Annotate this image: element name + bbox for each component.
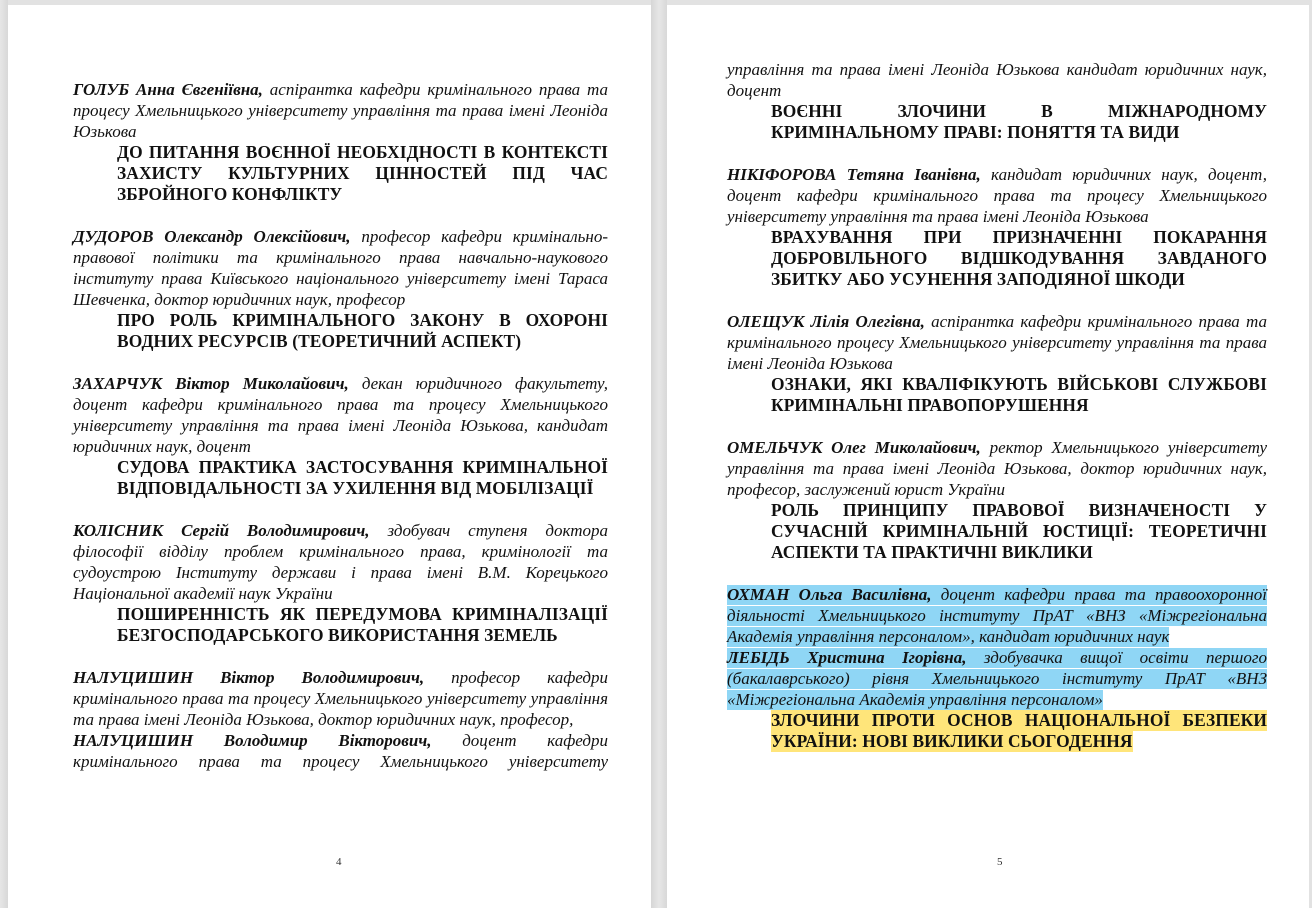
author-entry-lebid-highlighted: ЛЕБІДЬ Христина Ігорівна, здобувачка вищ… bbox=[727, 647, 1267, 710]
paper-title: РОЛЬ ПРИНЦИПУ ПРАВОВОЇ ВИЗНАЧЕНОСТІ У СУ… bbox=[771, 500, 1267, 563]
author-name: КОЛІСНИК Сергій Володимирович, bbox=[73, 521, 370, 540]
author-entry-oleshchuk: ОЛЕЩУК Лілія Олегівна, аспірантка кафедр… bbox=[727, 311, 1267, 374]
paper-title: ДО ПИТАННЯ ВОЄННОЇ НЕОБХІДНОСТІ В КОНТЕК… bbox=[117, 142, 608, 205]
author-name: ОЛЕЩУК Лілія Олегівна, bbox=[727, 312, 925, 331]
author-name: НАЛУЦИШИН Володимир Вікторович, bbox=[73, 731, 432, 750]
viewer-left-edge bbox=[0, 0, 8, 908]
author-entry-zakharchuk: ЗАХАРЧУК Віктор Миколайович, декан юриди… bbox=[73, 373, 608, 457]
paper-title-highlighted: ЗЛОЧИНИ ПРОТИ ОСНОВ НАЦІОНАЛЬНОЇ БЕЗПЕКИ… bbox=[771, 710, 1267, 752]
page-number: 5 bbox=[997, 856, 1003, 868]
author-entry-kolisnyk: КОЛІСНИК Сергій Володимирович, здобувач … bbox=[73, 520, 608, 604]
paper-title: ПРО РОЛЬ КРИМІНАЛЬНОГО ЗАКОНУ В ОХОРОНІ … bbox=[117, 310, 608, 352]
author-entry-omelchuk: ОМЕЛЬЧУК Олег Миколайович, ректор Хмельн… bbox=[727, 437, 1267, 500]
author-name: ДУДОРОВ Олександр Олексійович, bbox=[73, 227, 351, 246]
author-name: ГОЛУБ Анна Євгеніївна, bbox=[73, 80, 263, 99]
author-entry-holub: ГОЛУБ Анна Євгеніївна, аспірантка кафедр… bbox=[73, 79, 608, 142]
document-page-5: управління та права імені Леоніда Юзьков… bbox=[667, 5, 1309, 908]
author-name: НІКІФОРОВА Тетяна Іванівна, bbox=[727, 165, 981, 184]
paper-title: ОЗНАКИ, ЯКІ КВАЛІФІКУЮТЬ ВІЙСЬКОВІ СЛУЖБ… bbox=[771, 374, 1267, 416]
paper-title: СУДОВА ПРАКТИКА ЗАСТОСУВАННЯ КРИМІНАЛЬНО… bbox=[117, 457, 608, 499]
page-5-content: управління та права імені Леоніда Юзьков… bbox=[727, 59, 1267, 752]
paper-title: ПОШИРЕННІСТЬ ЯК ПЕРЕДУМОВА КРИМІНАЛІЗАЦІ… bbox=[117, 604, 608, 646]
author-name: ЛЕБІДЬ Христина Ігорівна, bbox=[727, 648, 966, 667]
document-page-4: ГОЛУБ Анна Євгеніївна, аспірантка кафедр… bbox=[8, 5, 651, 908]
continued-affiliation: управління та права імені Леоніда Юзьков… bbox=[727, 59, 1267, 101]
page-gutter bbox=[651, 0, 667, 908]
author-name: ОМЕЛЬЧУК Олег Миколайович, bbox=[727, 438, 981, 457]
author-entry-nalutsyshyn-viktor: НАЛУЦИШИН Віктор Володимирович, професор… bbox=[73, 667, 608, 730]
paper-title: ВОЄННІ ЗЛОЧИНИ В МІЖНАРОДНОМУ КРИМІНАЛЬН… bbox=[771, 101, 1267, 143]
author-name: ЗАХАРЧУК Віктор Миколайович, bbox=[73, 374, 349, 393]
author-entry-nalutsyshyn-volodymyr: НАЛУЦИШИН Володимир Вікторович, доцент к… bbox=[73, 730, 608, 772]
author-entry-dudorov: ДУДОРОВ Олександр Олексійович, професор … bbox=[73, 226, 608, 310]
author-entry-nikiforova: НІКІФОРОВА Тетяна Іванівна, кандидат юри… bbox=[727, 164, 1267, 227]
page-4-content: ГОЛУБ Анна Євгеніївна, аспірантка кафедр… bbox=[73, 79, 608, 772]
highlighted-title-text: ЗЛОЧИНИ ПРОТИ ОСНОВ НАЦІОНАЛЬНОЇ БЕЗПЕКИ… bbox=[771, 710, 1267, 752]
author-entry-okhman-highlighted: ОХМАН Ольга Василівна, доцент кафедри пр… bbox=[727, 584, 1267, 647]
page-number: 4 bbox=[336, 856, 342, 868]
author-name: ОХМАН Ольга Василівна, bbox=[727, 585, 932, 604]
author-name: НАЛУЦИШИН Віктор Володимирович, bbox=[73, 668, 424, 687]
paper-title: ВРАХУВАННЯ ПРИ ПРИЗНАЧЕННІ ПОКАРАННЯ ДОБ… bbox=[771, 227, 1267, 290]
